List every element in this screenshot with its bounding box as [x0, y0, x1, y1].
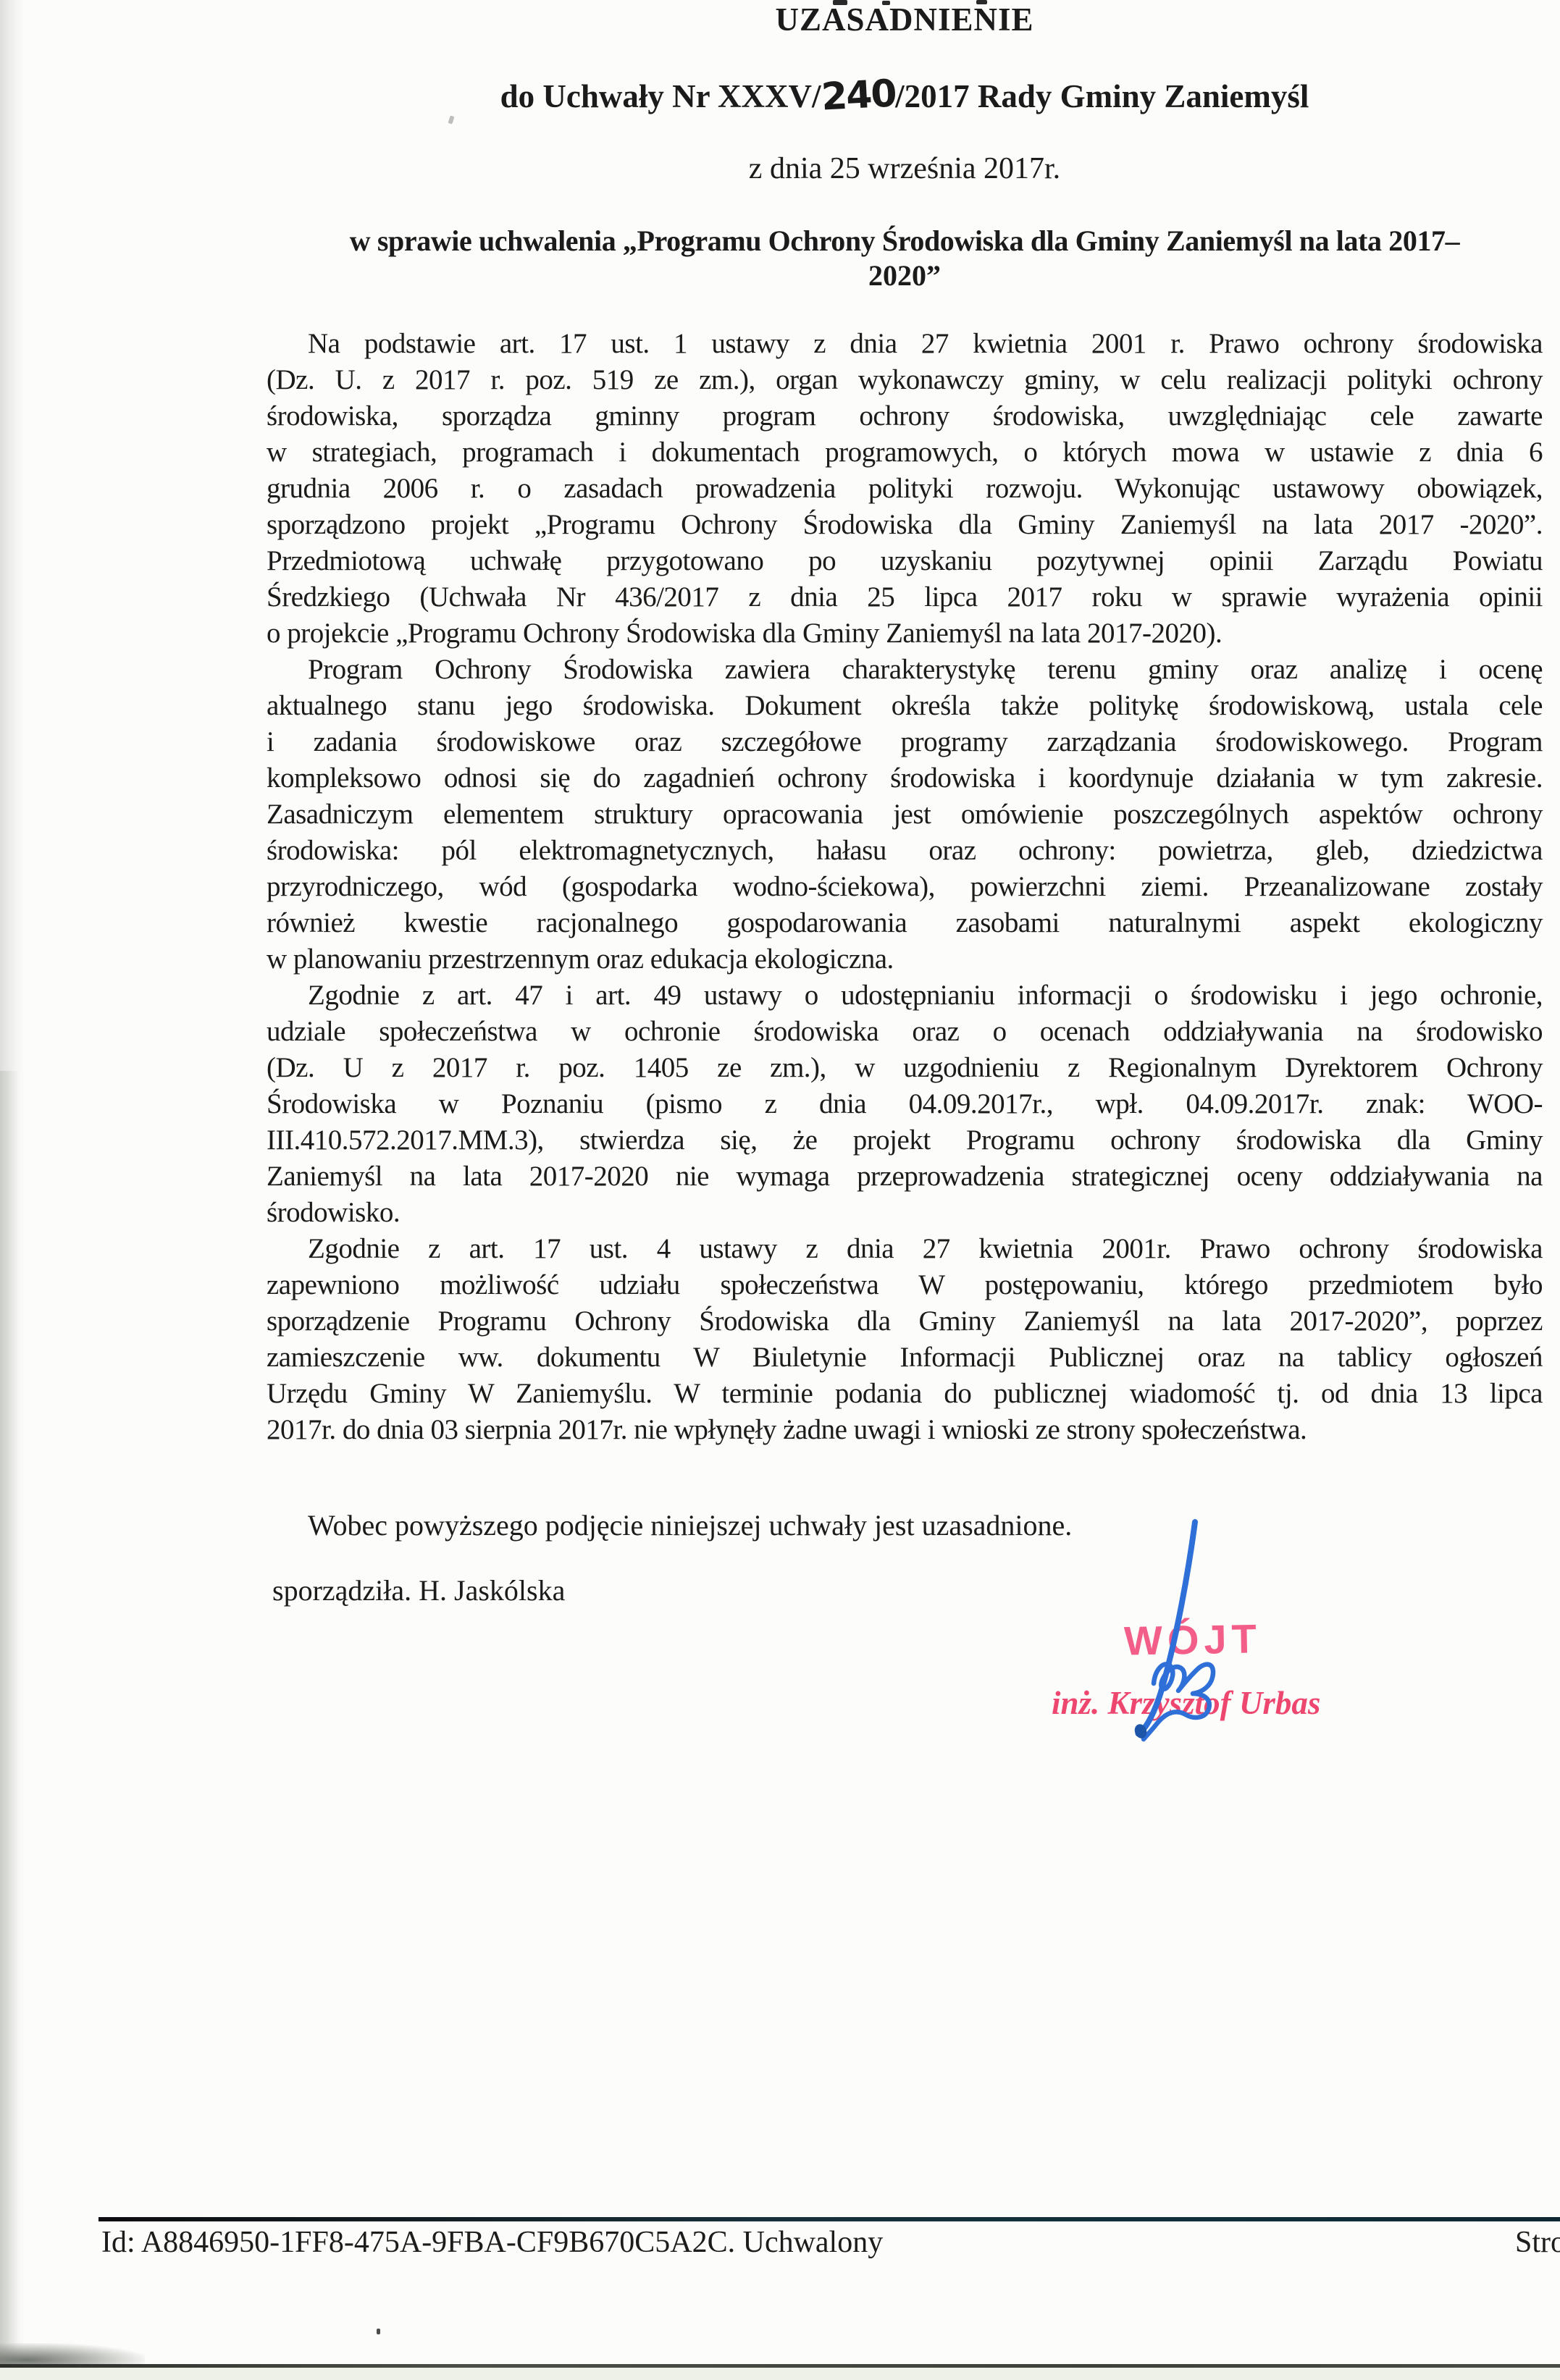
text-line: Przedmiotową uchwałę przygotowano po uzy… — [267, 543, 1543, 579]
text-line: zamieszczenie ww. dokumentu W Biuletynie… — [267, 1340, 1543, 1376]
resolution-reference-suffix: /2017 Rady Gminy Zaniemyśl — [895, 78, 1309, 114]
footer-rule — [98, 2217, 1560, 2221]
paragraph-public-participation: Zgodnie z art. 17 ust. 4 ustawy z dnia 2… — [267, 1231, 1543, 1448]
text-line: sporządzono projekt „Programu Ochrony Śr… — [267, 507, 1543, 543]
scan-speck — [377, 2329, 380, 2334]
text-line: Na podstawie art. 17 ust. 1 ustawy z dni… — [267, 326, 1543, 362]
text-line: i zadania środowiskowe oraz szczegółowe … — [267, 724, 1543, 760]
subject-line-1: w sprawie uchwalenia „Programu Ochrony Ś… — [267, 222, 1543, 261]
document-title: UZASADNIENIE — [267, 0, 1543, 39]
text-line: III.410.572.2017.MM.3), stwierdza się, ż… — [267, 1122, 1543, 1159]
subject-line-2: 2020” — [267, 256, 1543, 295]
footer-document-id: Id: A8846950-1FF8-475A-9FBA-CF9B670C5A2C… — [101, 2224, 883, 2261]
scan-left-edge-shadow-lower — [0, 1071, 19, 2380]
resolution-reference-line: do Uchwały Nr XXXV/240/2017 Rady Gminy Z… — [267, 75, 1543, 116]
text-line: Zasadniczym elementem struktury opracowa… — [267, 796, 1543, 833]
text-line: Program Ochrony Środowiska zawiera chara… — [267, 652, 1543, 688]
text-line: środowiska, sporządza gminny program och… — [267, 398, 1543, 434]
footer-page-label: Stro — [1515, 2224, 1560, 2261]
resolution-reference-prefix: do Uchwały Nr XXXV/ — [500, 78, 821, 114]
text-line: sporządzenie Programu Ochrony Środowiska… — [267, 1303, 1543, 1340]
text-line: kompleksowo odnosi się do zagadnień ochr… — [267, 760, 1543, 796]
document-body: Na podstawie art. 17 ust. 1 ustawy z dni… — [267, 326, 1543, 1448]
paragraph-environmental-assessment: Zgodnie z art. 47 i art. 49 ustawy o udo… — [267, 977, 1543, 1231]
text-line: udziale społeczeństwa w ochronie środowi… — [267, 1014, 1543, 1050]
scan-left-edge-shadow — [0, 0, 25, 2380]
scanned-document-page: UZASADNIENIE do Uchwały Nr XXXV/240/2017… — [0, 0, 1560, 2380]
text-line: Zgodnie z art. 17 ust. 4 ustawy z dnia 2… — [267, 1231, 1543, 1267]
text-line: o projekcie „Programu Ochrony Środowiska… — [267, 615, 1543, 652]
text-line: środowiska: pól elektromagnetycznych, ha… — [267, 833, 1543, 869]
scan-speck — [448, 115, 454, 124]
text-line: grudnia 2006 r. o zasadach prowadzenia p… — [267, 471, 1543, 507]
text-line: Urzędu Gminy W Zaniemyślu. W terminie po… — [267, 1376, 1543, 1412]
text-line: zapewniono możliwość udziału społeczeńst… — [267, 1267, 1543, 1303]
text-line: przyrodniczego, wód (gospodarka wodno-śc… — [267, 869, 1543, 905]
paragraph-program-description: Program Ochrony Środowiska zawiera chara… — [267, 652, 1543, 977]
paragraph-legal-basis: Na podstawie art. 17 ust. 1 ustawy z dni… — [267, 326, 1543, 652]
text-line: Środowiska w Poznaniu (pismo z dnia 04.0… — [267, 1086, 1543, 1122]
closing-statement: Wobec powyższego podjęcie niniejszej uch… — [267, 1508, 1543, 1544]
text-line: Zaniemyśl na lata 2017-2020 nie wymaga p… — [267, 1159, 1543, 1195]
text-line: aktualnego stanu jego środowiska. Dokume… — [267, 688, 1543, 724]
text-line: (Dz. U. z 2017 r. poz. 519 ze zm.), orga… — [267, 362, 1543, 398]
document-date-line: z dnia 25 września 2017r. — [267, 151, 1543, 187]
prepared-by-line: sporządziła. H. Jaskólska — [272, 1573, 565, 1609]
text-line: (Dz. U z 2017 r. poz. 1405 ze zm.), w uz… — [267, 1050, 1543, 1086]
text-line: Zgodnie z art. 47 i art. 49 ustawy o udo… — [267, 977, 1543, 1014]
handwritten-resolution-number: 240 — [820, 74, 896, 117]
text-line: w strategiach, programach i dokumentach … — [267, 434, 1543, 471]
handwritten-signature-ink — [1112, 1510, 1257, 1749]
text-line: 2017r. do dnia 03 sierpnia 2017r. nie wp… — [267, 1412, 1543, 1448]
scan-background-below-page — [0, 2368, 1560, 2380]
text-line: Średzkiego (Uchwała Nr 436/2017 z dnia 2… — [267, 579, 1543, 615]
text-line: w planowaniu przestrzennym oraz edukacja… — [267, 941, 1543, 977]
text-line: również kwestie racjonalnego gospodarowa… — [267, 905, 1543, 941]
text-line: środowisko. — [267, 1195, 1543, 1231]
